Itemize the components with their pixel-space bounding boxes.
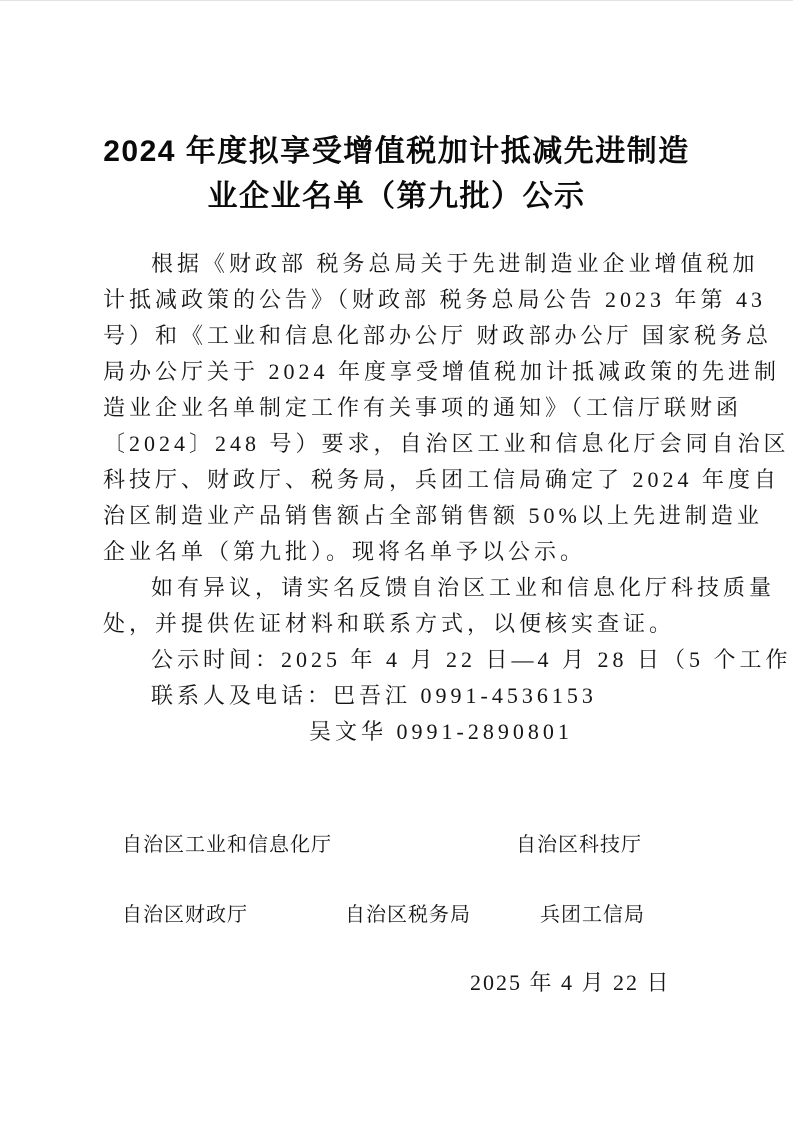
signature-finance: 自治区财政厅 — [122, 897, 248, 933]
signature-row-2: 自治区财政厅 自治区税务局 兵团工信局 — [0, 897, 793, 933]
document-title-line-1: 2024 年度拟享受增值税加计抵减先进制造 — [60, 129, 733, 174]
contact-line-2: 吴文华 0991-2890801 — [103, 714, 673, 750]
body-line: 局办公厅关于 2024 年度享受增值税加计抵减政策的先进制 — [103, 354, 673, 390]
contact-line-1: 联系人及电话：巴吾江 0991-4536153 — [103, 678, 673, 714]
document-page: 2024 年度拟享受增值税加计抵减先进制造 业企业名单（第九批）公示 根据《财政… — [0, 0, 793, 1122]
signature-row-1: 自治区工业和信息化厅 自治区科技厅 — [0, 827, 793, 863]
publicity-period-line: 公示时间：2025 年 4 月 22 日—4 月 28 日（5 个工作日） — [103, 642, 673, 678]
signature-corps: 兵团工信局 — [540, 897, 645, 933]
signature-miit: 自治区工业和信息化厅 — [122, 827, 332, 863]
body-line: 号）和《工业和信息化部办公厅 财政部办公厅 国家税务总 — [103, 318, 673, 354]
body-line: 〔2024〕248 号）要求，自治区工业和信息化厅会同自治区 — [103, 426, 673, 462]
body-line: 如有异议，请实名反馈自治区工业和信息化厅科技质量 — [103, 570, 673, 606]
body-line: 计抵减政策的公告》（财政部 税务总局公告 2023 年第 43 — [103, 282, 673, 318]
document-date: 2025 年 4 月 22 日 — [470, 965, 671, 1001]
document-title: 2024 年度拟享受增值税加计抵减先进制造 业企业名单（第九批）公示 — [60, 129, 733, 219]
body-line: 科技厅、财政厅、税务局，兵团工信局确定了 2024 年度自 — [103, 462, 673, 498]
body-line: 根据《财政部 税务总局关于先进制造业企业增值税加 — [103, 246, 673, 282]
body-line: 治区制造业产品销售额占全部销售额 50%以上先进制造业 — [103, 498, 673, 534]
document-body: 根据《财政部 税务总局关于先进制造业企业增值税加 计抵减政策的公告》（财政部 税… — [103, 246, 673, 750]
body-line: 企业名单（第九批）。现将名单予以公示。 — [103, 534, 673, 570]
body-line: 处，并提供佐证材料和联系方式，以便核实查证。 — [103, 606, 673, 642]
paragraph-objection: 如有异议，请实名反馈自治区工业和信息化厅科技质量 处，并提供佐证材料和联系方式，… — [103, 570, 673, 642]
document-title-line-2: 业企业名单（第九批）公示 — [60, 174, 733, 219]
signature-tax: 自治区税务局 — [345, 897, 471, 933]
signature-science-tech: 自治区科技厅 — [516, 827, 642, 863]
paragraph-basis: 根据《财政部 税务总局关于先进制造业企业增值税加 计抵减政策的公告》（财政部 税… — [103, 246, 673, 570]
body-line: 造业企业名单制定工作有关事项的通知》（工信厅联财函 — [103, 390, 673, 426]
